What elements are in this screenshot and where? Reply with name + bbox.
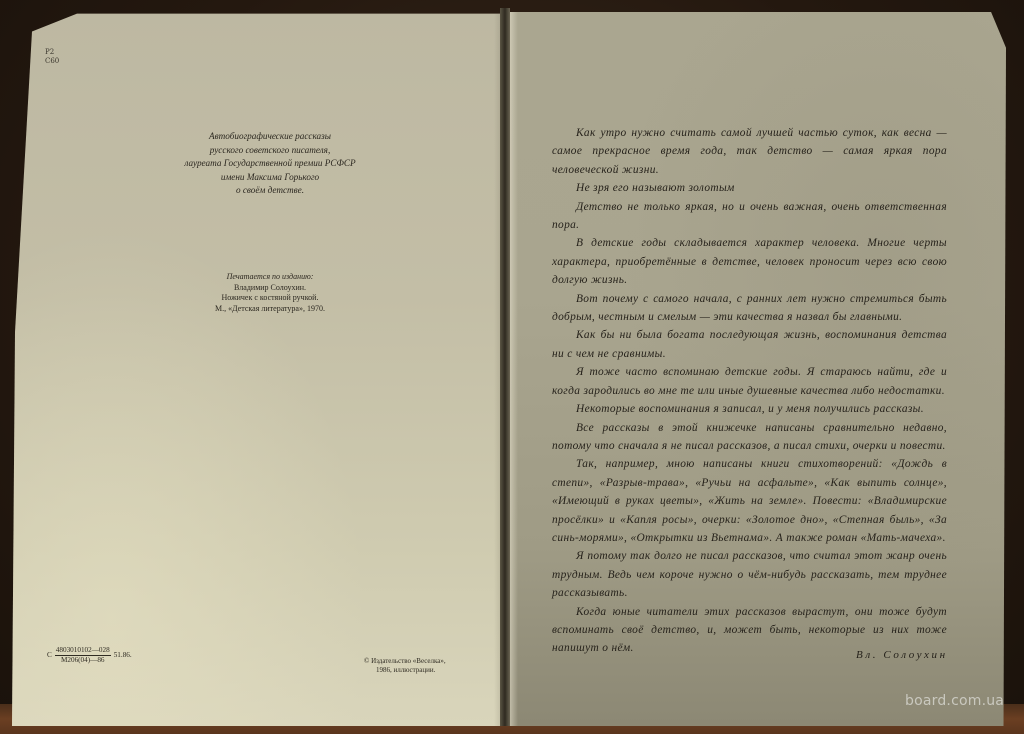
copyright-note: © Издательство «Веселка», 1986, иллюстра… bbox=[364, 657, 446, 675]
dedication-line: русского советского писателя, bbox=[140, 144, 400, 158]
dedication-line: Автобиографические рассказы bbox=[140, 130, 400, 144]
foreword-text: Как утро нужно считать самой лучшей част… bbox=[552, 124, 947, 658]
edition-note-line: Владимир Солоухин. bbox=[160, 283, 380, 294]
author-signature: Вл. Солоухин bbox=[856, 649, 948, 661]
copyright-line: © Издательство «Веселка», bbox=[364, 657, 446, 666]
book-spine-gutter bbox=[500, 8, 510, 726]
catalog-code-line: Р2 bbox=[45, 48, 59, 57]
dedication-line: лауреата Государственной премии РСФСР bbox=[140, 157, 400, 171]
dedication-line: имени Максима Горького bbox=[140, 171, 400, 185]
edition-note-heading: Печатается по изданию: bbox=[160, 272, 380, 283]
paragraph: Не зря его называют золотым bbox=[552, 179, 947, 197]
copyright-line: 1986, иллюстрации. bbox=[364, 666, 446, 675]
publication-code-prefix: С bbox=[47, 651, 52, 660]
dedication-block: Автобиографические рассказы русского сов… bbox=[140, 130, 400, 198]
publication-code-fraction: 4803010102—028 М206(04)—86 bbox=[55, 646, 111, 665]
edition-note: Печатается по изданию: Владимир Солоухин… bbox=[160, 272, 380, 314]
paragraph: В детские годы складывается характер чел… bbox=[552, 234, 947, 289]
paragraph: Так, например, мною написаны книги стихо… bbox=[552, 455, 947, 547]
publication-code-denominator: М206(04)—86 bbox=[61, 656, 105, 665]
publication-code-numerator: 4803010102—028 bbox=[55, 646, 111, 656]
dedication-line: о своём детстве. bbox=[140, 184, 400, 198]
paragraph: Как бы ни была богата последующая жизнь,… bbox=[552, 326, 947, 363]
edition-note-line: Ножичек с костяной ручкой. bbox=[160, 293, 380, 304]
paragraph: Я тоже часто вспоминаю детские годы. Я с… bbox=[552, 363, 947, 400]
paragraph: Вот почему с самого начала, с ранних лет… bbox=[552, 290, 947, 327]
catalog-code: Р2 С60 bbox=[45, 48, 59, 66]
paragraph: Детство не только яркая, но и очень важн… bbox=[552, 198, 947, 235]
paragraph: Как утро нужно считать самой лучшей част… bbox=[552, 124, 947, 179]
paragraph: Некоторые воспоминания я записал, и у ме… bbox=[552, 400, 947, 418]
paragraph: Все рассказы в этой книжечке написаны ср… bbox=[552, 419, 947, 456]
edition-note-line: М., «Детская литература», 1970. bbox=[160, 304, 380, 315]
paragraph: Я потому так долго не писал рассказов, ч… bbox=[552, 547, 947, 602]
watermark: board.com.ua bbox=[905, 693, 1004, 709]
left-page bbox=[12, 10, 512, 726]
catalog-code-line: С60 bbox=[45, 57, 59, 66]
publication-code: С 4803010102—028 М206(04)—86 51.86. bbox=[47, 646, 132, 665]
publication-code-suffix: 51.86. bbox=[114, 651, 132, 660]
